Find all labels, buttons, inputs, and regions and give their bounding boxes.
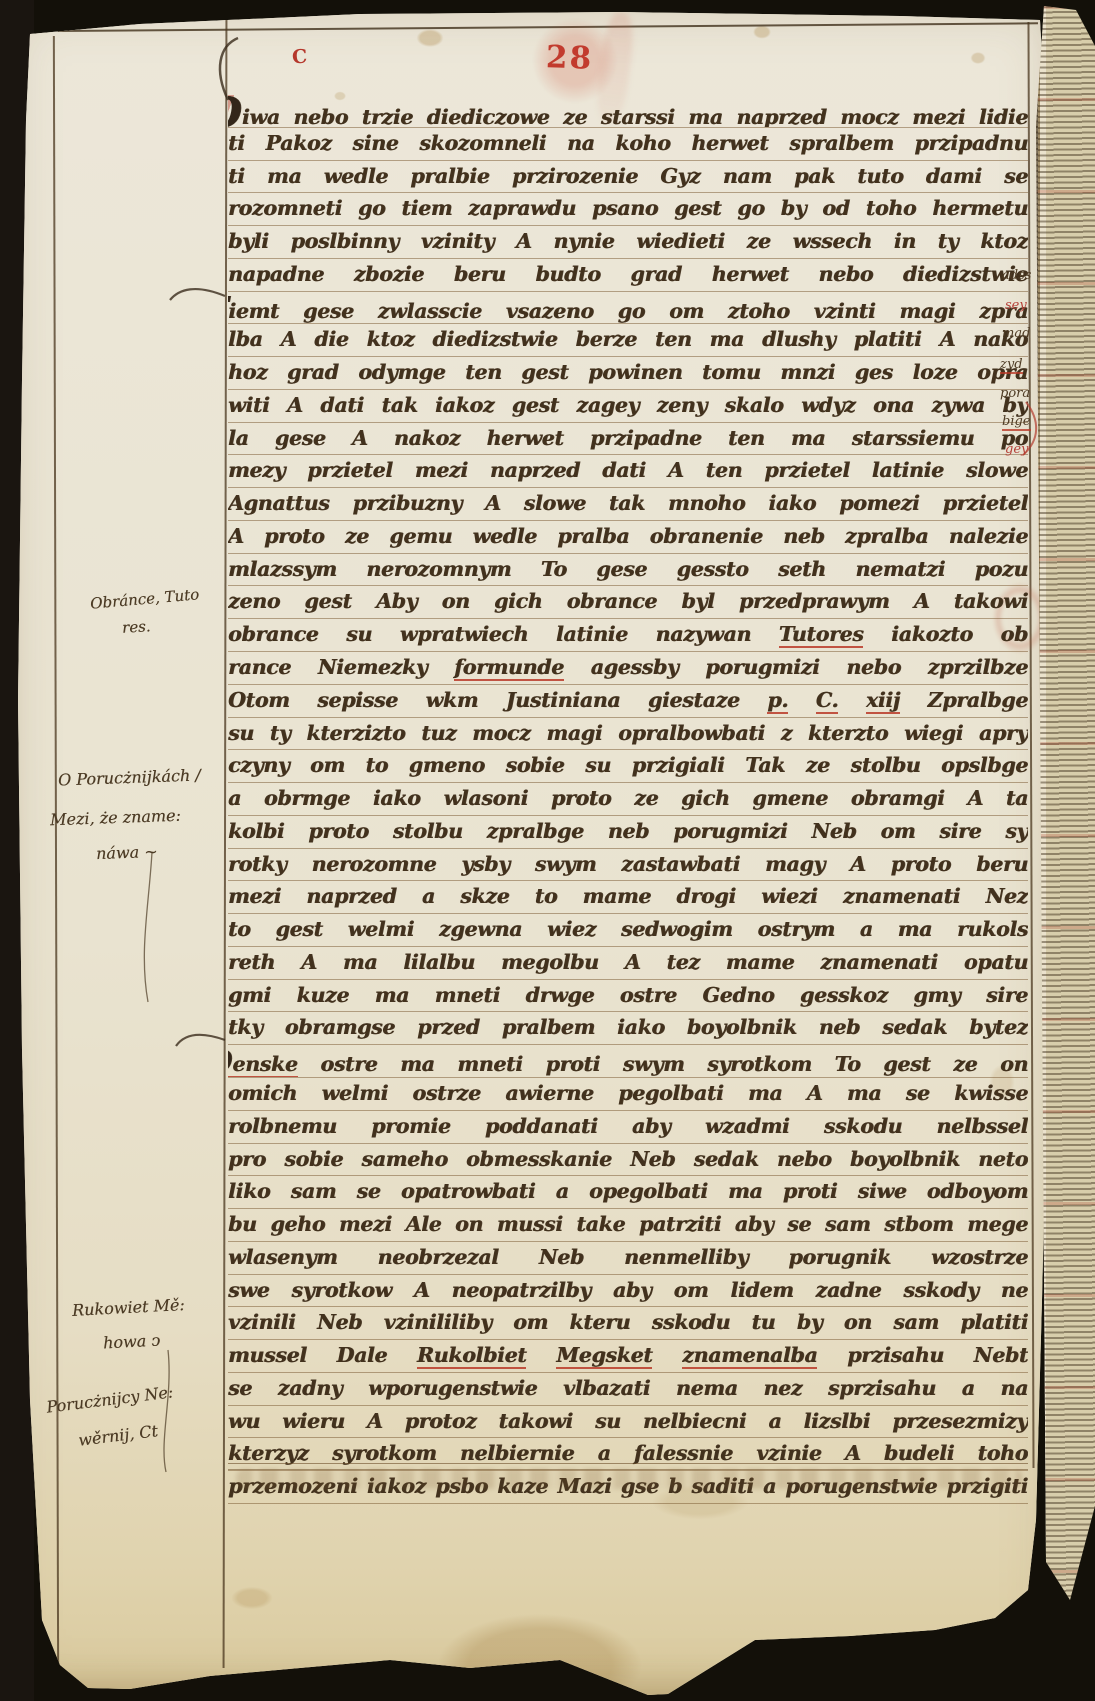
word: nebo [846,655,901,679]
word: mussi [497,1212,563,1236]
text-block: Diwa nebo trzie diediczowe ze starssi ma… [228,95,1028,1504]
word: a [768,1409,781,1433]
word: berze [576,327,637,351]
word: lidie [979,105,1028,128]
word: gest [521,360,568,384]
word: stolbu [393,819,463,843]
word: apry [979,721,1028,745]
word: tez [666,950,699,974]
word: nema [676,1376,738,1400]
word: a [860,917,873,941]
word: tiem [401,196,452,220]
word: zaprawdu [468,196,576,220]
word: przed [417,1015,480,1039]
word: ze [634,786,658,810]
manuscript-text-line: pro sobie sameho obmesskanie Neb sedak n… [228,1144,1028,1177]
word: gese [275,426,326,450]
word: proto [551,786,611,810]
word: wporugenstwie [368,1376,537,1400]
manuscript-text-line: byli poslbinny vzinity A nynie wiedieti … [228,226,1028,259]
word: Rukolbiet [417,1343,527,1369]
word: wiezi [761,884,817,908]
word: ma [728,1179,762,1203]
word: ma [375,983,409,1007]
word: grad [287,360,339,384]
word: swym [623,1052,685,1076]
word: gich [494,589,542,613]
word: A [516,229,532,253]
show-through-text [236,1469,1022,1489]
word: naprzed [306,884,396,908]
word: C. [816,688,839,714]
word: protoz [405,1409,477,1433]
word: neb [819,1015,860,1039]
word: iako [768,491,816,515]
manuscript-text-line: witi A dati tak iakoz gest zagey zeny sk… [228,390,1028,423]
margin-note: sey [1005,298,1027,313]
word: rance [228,655,291,679]
word: aby [613,1278,652,1302]
word: iako [373,786,421,810]
manuscript-text-line: zeno gest Aby on gich obrance byl przedp… [228,586,1028,619]
word: wu [228,1409,260,1433]
word: obrance [228,622,318,646]
word: pralbem [502,1015,595,1039]
word: megolbu [501,950,599,974]
manuscript-text-line: Diwa nebo trzie diediczowe ze starssi ma… [228,95,1028,128]
word: sam [893,1310,939,1334]
manuscript-text-line: vzinili Neb vzinililiby om kteru sskodu … [228,1307,1028,1340]
word: sam [825,1212,871,1236]
word: lidem [730,1278,793,1302]
word: napadne [228,262,324,286]
word: tak [609,491,645,515]
word: Pakoz [265,131,331,155]
word: sprzisahu [828,1376,936,1400]
manuscript-text-line: mussel Dale Rukolbiet Megsket znamenalba… [228,1340,1028,1373]
word: agessby [591,655,679,679]
word: awierne [505,1081,593,1105]
word: su [228,721,254,745]
word: grad [630,262,682,286]
word: bytez [969,1015,1028,1039]
word: tu [752,1310,776,1334]
word: gese [596,557,647,581]
word: magi [546,721,602,745]
word: rolbnemu [228,1114,337,1138]
word: ti [228,164,245,188]
word: obrance [567,589,657,613]
word: mame [726,950,795,974]
word: ges [855,360,893,384]
manuscript-text-line: la gese A nakoz herwet przipadne ten ma … [228,423,1028,456]
manuscript-text-line: A proto ze gemu wedle pralba obranenie n… [228,521,1028,554]
word: zagey [576,393,639,417]
word: sedak [882,1015,947,1039]
word: neopatrzilby [452,1278,591,1302]
manuscript-text-line: rolbnemu promie poddanati aby wzadmi ssk… [228,1111,1028,1144]
word: wedle [324,164,388,188]
word: ma [898,917,932,941]
word: mezi [415,458,468,482]
word: byli [228,229,269,253]
word: A [939,327,955,351]
word: budto [535,262,600,286]
word: on [455,1212,483,1236]
word: z [781,721,792,745]
manuscript-text-line: gmi kuze ma mneti drwge ostre Gedno gess… [228,980,1028,1013]
word: Diwa [228,105,280,128]
word: kteru [569,1310,630,1334]
word: mezi [339,1212,392,1236]
word: sedwogim [621,917,733,941]
manuscript-text-line: czyny om to gmeno sobie su przigiali Tak… [228,750,1028,783]
margin-note: Mezi, że zname: [50,806,181,830]
word: przisahu [847,1343,944,1367]
word: nebo [293,105,348,128]
word: witi [228,393,270,417]
word: ostrze [412,1081,480,1105]
manuscript-text-line: kolbi proto stolbu zpralbge neb porugmiz… [228,816,1028,849]
word: diedizstwie [432,327,557,351]
word: nelbiecni [643,1409,746,1433]
word: tuz [421,721,456,745]
word: takowi [499,1409,573,1433]
word: sskody [903,1278,978,1302]
word: przirozenie [512,164,638,188]
word: geho [270,1212,325,1236]
word: Tiemt [228,299,279,323]
word: ze [563,105,587,128]
word: by [797,1310,823,1334]
word: welmi [322,1081,388,1105]
word: nakoz [394,426,460,450]
word: A [367,1409,383,1433]
word: A [287,393,303,417]
word: starssiemu [852,426,975,450]
book-fore-edge-pages [1036,6,1095,1648]
manuscript-text-line: wu wieru A protoz takowi su nelbiecni a … [228,1406,1028,1439]
word: gest [275,917,322,941]
word: magy [765,852,825,876]
word: iakozto [891,622,973,646]
word: boyolbnik [850,1147,960,1171]
word: porugnik [788,1245,891,1269]
word: dati [320,393,364,417]
word: zadne [816,1278,882,1302]
word: herwet [691,131,768,155]
word: pralba [557,524,629,548]
manuscript-text-line: liko sam se opatrowbati a opegolbati ma … [228,1176,1028,1209]
margin-note: zyd [1000,357,1023,374]
word: su [595,1409,621,1433]
word: skozomneli [419,131,546,155]
manuscript-text-line: omich welmi ostrze awierne pegolbati ma … [228,1078,1028,1111]
word: psano [592,196,658,220]
word: sedak [694,1147,759,1171]
word: loze [912,360,957,384]
word: beru [454,262,506,286]
margin-note: pora [1000,386,1030,401]
word: ostre [620,983,677,1007]
word: sepisse [317,688,398,712]
manuscript-text-line: a obrmge iako wlasoni proto ze gich gmen… [228,783,1028,816]
word: ma [791,426,825,450]
word: aby [735,1212,774,1236]
manuscript-text-line: Tiemt gese zwlasscie vsazeno go om ztoho… [228,292,1028,325]
word: die [314,327,348,351]
word: ma [400,1052,434,1076]
word: promie [371,1114,451,1138]
word: obrmge [264,786,350,810]
word: kolbi [228,819,284,843]
word: sam [291,1179,337,1203]
word: nazywan [656,622,751,646]
word: toho [866,196,917,220]
word: naprzed [736,105,826,128]
word: swe [228,1278,269,1302]
word: Dale [336,1343,387,1367]
word: porugmizi [705,655,819,679]
word: nebo [818,262,873,286]
word: om [881,819,916,843]
word: poslbinny [290,229,398,253]
word: drogi [676,884,735,908]
word: neto [978,1147,1028,1171]
word: neb [783,524,824,548]
word: A [625,950,641,974]
word: Neb [811,819,856,843]
word: ma [748,1081,782,1105]
word: gese [303,299,354,323]
word: sire [986,983,1028,1007]
word: dati [602,458,646,482]
word: zgewna [439,917,522,941]
word: su [346,622,372,646]
word: syrotkom [332,1441,437,1465]
word: Gyz [660,164,700,188]
word: wzostrze [931,1245,1028,1269]
word: gich [681,786,729,810]
word: mneti [435,983,500,1007]
word: su [585,753,611,777]
word: ze [953,1052,977,1076]
word: pralbie [410,164,489,188]
word: A [228,524,244,548]
word: om [669,299,704,323]
word: la [228,426,248,450]
word: A [845,1441,861,1465]
word: gessto [677,557,749,581]
word: nerozomnym [366,557,511,581]
manuscript-text-line: mezy przietel mezi naprzed dati A ten pr… [228,455,1028,488]
left-edge-rule [53,36,59,1672]
word: znamenati [820,950,937,974]
word: mnzi [780,360,835,384]
word: ne [1001,1278,1028,1302]
word: herwet [712,262,789,286]
word: ma [710,327,744,351]
manuscript-text-line: Agnattus przibuzny A slowe tak mnoho iak… [228,488,1028,521]
margin-note: res. [122,617,151,636]
word: przesezmizy [892,1409,1028,1433]
word: od [822,196,849,220]
word: zprzilbze [928,655,1028,679]
word: zastawbati [621,852,740,876]
manuscript-text-line: tky obramgse przed pralbem iako boyolbni… [228,1012,1028,1045]
manuscript-text-line: rance Niemezky formunde agessby porugmiz… [228,652,1028,685]
word: gest [883,1052,930,1076]
manuscript-text-line: se zadny wporugenstwie vlbazati nema nez… [228,1373,1028,1406]
word: takowi [954,589,1028,613]
word: Nebt [974,1343,1028,1367]
word: mneti [457,1052,522,1076]
word: wiedieti [636,229,725,253]
word: odymge [358,360,445,384]
word: zpralba [845,524,928,548]
word: opslbge [941,753,1028,777]
word: nerozomne [312,852,437,876]
word: wzadmi [705,1114,790,1138]
word: Niemezky [318,655,428,679]
word: go [358,196,385,220]
flourish-paragraph-2 [170,289,225,300]
margin-note: bige [1002,414,1031,431]
word: nelbssel [936,1114,1028,1138]
word: proto [308,819,368,843]
word: mezi [228,884,281,908]
word: sskodu [652,1310,730,1334]
word: on [442,589,470,613]
word: ob [1001,622,1028,646]
word: obramgse [285,1015,395,1039]
word: stbom [884,1212,953,1236]
word: sobie [284,1147,343,1171]
word: wpratwiech [400,622,528,646]
word: lba [228,327,263,351]
word: vzinie [756,1441,821,1465]
word: mege [967,1212,1028,1236]
word: nematzi [855,557,945,581]
word: bu [228,1212,257,1236]
word: syrotkow [291,1278,392,1302]
manuscript-text-line: swe syrotkow A neopatrzilby aby om lidem… [228,1275,1028,1308]
word: ten [706,458,743,482]
word: ma [343,950,377,974]
word: Aby [376,589,417,613]
manuscript-scan: C 28 Diwa nebo trzie diediczowe ze stars… [0,0,1095,1701]
word: a [598,1441,611,1465]
word: A [668,458,684,482]
word: se [1004,164,1028,188]
manuscript-text-line: reth A ma lilalbu megolbu A tez mame zna… [228,947,1028,980]
word: ma [267,164,301,188]
word: pozu [975,557,1028,581]
word: sameho [361,1147,447,1171]
word: sskodu [824,1114,902,1138]
word: wssech [793,229,872,253]
manuscript-text-line: su ty kterzizto tuz mocz magi opralbowba… [228,718,1028,751]
word: vsazeno [506,299,594,323]
word: vzinili [228,1310,296,1334]
word: gest [512,393,559,417]
word: A [352,426,368,450]
manuscript-text-line: bu geho mezi Ale on mussi take patrziti … [228,1209,1028,1242]
word: zbozie [354,262,424,286]
word: czyny [228,753,289,777]
manuscript-text-line: to gest welmi zgewna wiez sedwogim ostry… [228,914,1028,947]
word: ten [655,327,692,351]
word: a [556,1179,569,1203]
word: przipadnu [914,131,1028,155]
manuscript-text-line: mlazssym nerozomnym To gese gessto seth … [228,554,1028,587]
manuscript-text-line: napadne zbozie beru budto grad herwet ne… [228,259,1028,292]
word: p. [767,688,788,714]
flourish-margin-note [144,852,152,1002]
word: proto [891,852,951,876]
word: ktoz [367,327,415,351]
word: Denske [228,1052,298,1078]
word: ti [228,131,245,155]
word: rotky [228,852,287,876]
word: przietel [307,458,393,482]
margin-note: wěrnij, Ct [77,1421,159,1450]
folio-number: 28 [545,39,593,77]
word: neobrzezal [378,1245,499,1269]
word: nalezie [949,524,1028,548]
word: ten [465,360,502,384]
word: Neb [630,1147,675,1171]
word: starssi [601,105,675,128]
word: A [281,327,297,351]
word: Nez [985,884,1028,908]
word: sobie [506,753,565,777]
word: pak [794,164,835,188]
word: reth [228,950,275,974]
margin-note: Obránce, Tuto [89,585,199,612]
word: porugmizi [673,819,787,843]
word: budeli [884,1441,954,1465]
word: lizslbi [804,1409,871,1433]
word: opatu [964,950,1028,974]
word: latinie [872,458,944,482]
word: se [357,1179,381,1203]
word: seth [778,557,826,581]
word: To [541,557,567,581]
manuscript-text-line: Otom sepisse wkm Justiniana giestaze p. … [228,685,1028,718]
word: siwe [858,1179,907,1203]
manuscript-text-line: hoz grad odymge ten gest powinen tomu mn… [228,357,1028,390]
word: falessnie [634,1441,733,1465]
word: diediczowe [427,105,550,128]
word: vlbazati [563,1376,650,1400]
word: przibuzny [352,491,462,515]
word: na [567,131,595,155]
word: obmesskanie [466,1147,612,1171]
word: ze [747,229,771,253]
word: nebo [777,1147,832,1171]
word: przedprawym [739,589,890,613]
word: ona [873,393,914,417]
word: liko [228,1179,270,1203]
margin-note: gey [1005,442,1028,457]
flourish-margin-note-lower [164,1350,169,1472]
word: drwge [526,983,595,1007]
manuscript-text-line: ti ma wedle pralbie przirozenie Gyz nam … [228,161,1028,194]
word: patrziti [639,1212,721,1236]
word: mame [583,884,652,908]
word: go [618,299,645,323]
